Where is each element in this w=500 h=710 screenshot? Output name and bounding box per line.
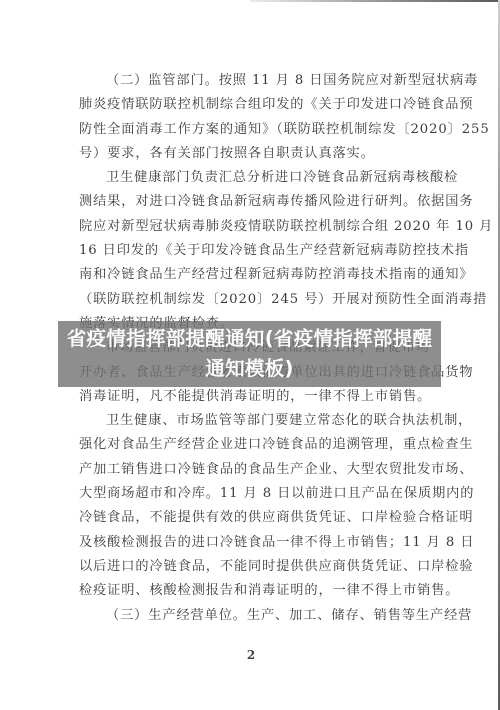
- paragraph-line: （三）生产经营单位。生产、加工、储存、销售等生产经营: [79, 604, 429, 628]
- paragraph-line: 南和冷链食品生产经营过程新冠病毒防控消毒技术指南的通知》: [79, 263, 429, 287]
- document-page: （二）监管部门。按照 11 月 8 日国务院应对新型冠状病毒 肺炎疫情联防联控机…: [0, 0, 500, 710]
- paragraph-line: 肺炎疫情联防联控机制综合组印发的《关于印发进口冷链食品预: [79, 93, 429, 117]
- paragraph-line: 卫生健康、市场监管等部门要建立常态化的联合执法机制，: [79, 409, 429, 433]
- paragraph-line: 产加工销售进口冷链食品的食品生产企业、大型农贸批发市场、: [79, 458, 429, 482]
- paragraph-line: 及核酸检测报告的进口冷链食品一律不得上市销售；11 月 8 日: [79, 531, 429, 555]
- paragraph-line: 防性全面消毒工作方案的通知》（联防联控机制综发〔2020〕255: [79, 118, 429, 142]
- paragraph-line: 检疫证明、核酸检测报告和消毒证明的，一律不得上市销售。: [79, 579, 429, 603]
- overlay-title: 省疫情指挥部提醒通知(省疫情指挥部提醒通知模板): [65, 324, 435, 384]
- paragraph-line: 卫生健康部门负责汇总分析进口冷链食品新冠病毒核酸检: [79, 166, 429, 190]
- paragraph-line: 消毒证明，凡不能提供消毒证明的，一律不得上市销售。: [79, 385, 429, 409]
- paragraph-line: （联防联控机制综发〔2020〕245 号）开展对预防性全面消毒措: [79, 288, 429, 312]
- paragraph-line: 院应对新型冠状病毒肺炎疫情联防联控机制综合组 2020 年 10 月: [79, 215, 429, 239]
- paragraph-line: 以后进口的冷链食品，不能同时提供供应商供货凭证、口岸检验: [79, 555, 429, 579]
- title-overlay-banner: 省疫情指挥部提醒通知(省疫情指挥部提醒通知模板): [58, 321, 441, 387]
- paragraph-line: （二）监管部门。按照 11 月 8 日国务院应对新型冠状病毒: [79, 69, 429, 93]
- paragraph-line: 强化对食品生产经营企业进口冷链食品的追溯管理，重点检查生: [79, 433, 429, 457]
- paragraph-line: 测结果，对进口冷链食品新冠病毒传播风险进行研判。依据国务: [79, 190, 429, 214]
- paragraph-line: 大型商场超市和冷库。11 月 8 日以前进口且产品在保质期内的: [79, 482, 429, 506]
- paragraph-line: 16 日印发的《关于印发冷链食品生产经营新冠病毒防控技术指: [79, 239, 429, 263]
- paragraph-line: 号）要求，各有关部门按照各自职责认真落实。: [79, 142, 429, 166]
- paragraph-line: 冷链食品，不能提供有效的供应商供货凭证、口岸检验合格证明: [79, 506, 429, 530]
- page-number: 2: [245, 648, 257, 662]
